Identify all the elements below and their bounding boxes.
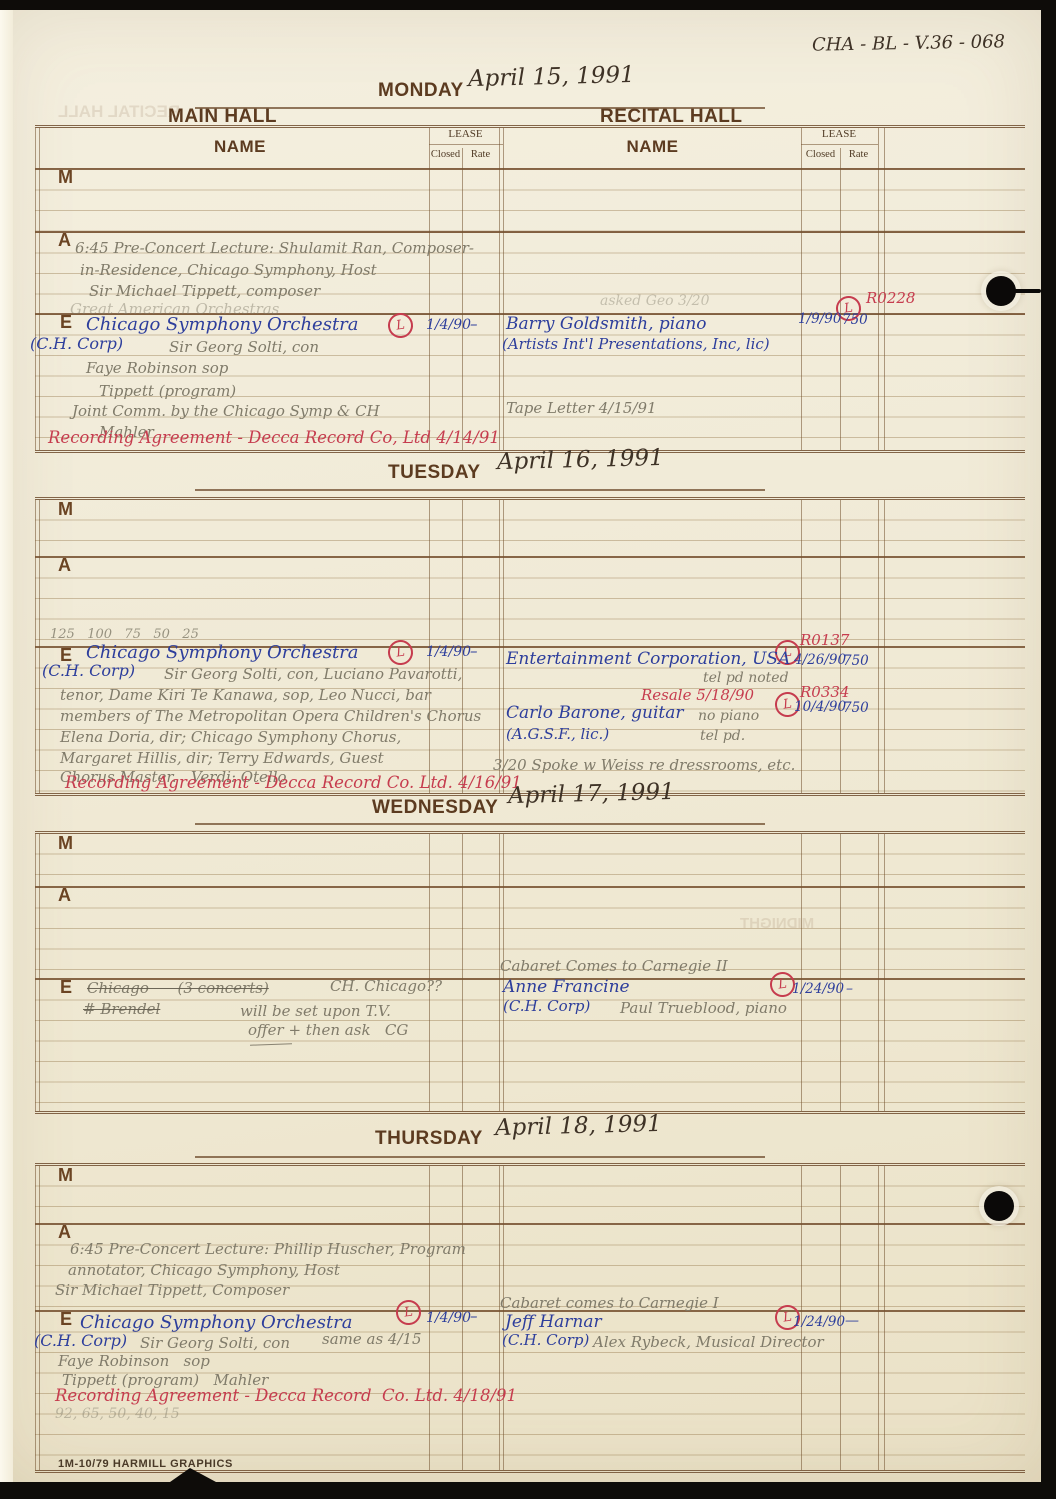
pencil-note: Faye Robinson sop (58, 1353, 210, 1370)
vline (878, 500, 879, 793)
recording-agreement-note: Recording Agreement - Decca Record Co. L… (65, 774, 522, 793)
pencil-note: asked Geo 3/20 (600, 293, 710, 309)
pencil-note: Faye Robinson sop (86, 360, 228, 377)
vline (462, 148, 463, 450)
pencil-note: Sir Georg Solti, con (140, 1335, 290, 1352)
vline (503, 128, 504, 450)
vline (503, 500, 504, 793)
day-date-handwritten: April 16, 1991 (497, 445, 664, 476)
booking-corp: (C.H. Corp) (42, 662, 135, 680)
row-label-m: M (58, 833, 73, 854)
band-morning (35, 168, 1025, 233)
day-name: WEDNESDAY (372, 797, 498, 819)
vline (801, 128, 802, 450)
lease-number: R0228 (866, 290, 915, 307)
band-morning (35, 834, 1025, 886)
pencil-note: will be set upon T.V. (240, 1003, 391, 1020)
lease-rate-value: – (470, 643, 478, 660)
printer-imprint: 1M-10/79 HARMILL GRAPHICS (58, 1458, 233, 1470)
lease-closed-value: 1/9/90 (798, 312, 841, 328)
hole-punch (984, 1191, 1014, 1221)
pencil-note: Sir Michael Tippett, composer (89, 283, 320, 300)
pencil-note: tel pd noted (703, 670, 789, 686)
lease-rate-value: – (470, 1308, 478, 1325)
pencil-note: Tape Letter 4/15/91 (506, 400, 657, 417)
pencil-note: in-Residence, Chicago Symphony, Host (80, 262, 377, 279)
page-edge-highlight (0, 10, 13, 1482)
pencil-note: Sir Georg Solti, con (169, 339, 319, 356)
pencil-note: Sir Michael Tippett, Composer (55, 1282, 289, 1299)
booking-name: Entertainment Corporation, USA (506, 650, 790, 670)
vline (801, 834, 802, 1111)
pencil-note: 6:45 Pre-Concert Lecture: Shulamit Ran, … (75, 240, 474, 257)
vline (499, 128, 500, 450)
row-label-m: M (58, 499, 73, 520)
pencil-note: Sir Georg Solti, con, Luciano Pavarotti, (164, 666, 462, 683)
lease-number: R0137 (800, 632, 849, 649)
hole-punch (986, 276, 1016, 306)
pencil-note: tenor, Dame Kiri Te Kanawa, sop, Leo Nuc… (60, 687, 431, 704)
pencil-note: same as 4/15 (322, 1331, 422, 1348)
lease-closed-value: 1/4/90 (426, 1310, 471, 1326)
vline (878, 834, 879, 1111)
resale-note: Resale 5/18/90 (641, 687, 754, 704)
recording-agreement-note: Recording Agreement - Decca Record Co. L… (55, 1387, 517, 1406)
day-date-handwritten: April 15, 1991 (468, 62, 635, 93)
vline (499, 1166, 500, 1470)
pencil-note: Paul Trueblood, piano (620, 1000, 787, 1017)
vline (39, 128, 40, 450)
row-label-a: A (58, 885, 71, 906)
pencil-note: offer + then ask CG (248, 1022, 408, 1039)
lease-closed-value: 1/4/90 (426, 317, 471, 333)
day-title-rule (195, 489, 765, 491)
band-morning (35, 1166, 1025, 1223)
booking-name: Carlo Barone, guitar (506, 704, 684, 724)
lease-rate-value: – (846, 981, 853, 997)
row-label-m: M (58, 1165, 73, 1186)
booking-name: Barry Goldsmith, piano (506, 315, 707, 335)
day-date-handwritten: April 18, 1991 (495, 1111, 662, 1142)
row-label-m: M (58, 167, 73, 188)
pencil-note: Alex Rybeck, Musical Director (593, 1334, 824, 1351)
vline (503, 1166, 504, 1470)
struck-pencil-note: Chicago (3 concerts) (87, 980, 269, 997)
ledger-page: CHA - BL - V.36 - 068 MONDAY April 15, 1… (0, 10, 1041, 1482)
day-title-rule (195, 1156, 765, 1158)
lease-rate-value: 750 (843, 701, 869, 717)
row-label-a: A (58, 555, 71, 576)
vline (35, 1166, 36, 1470)
day-name: MONDAY (378, 80, 464, 102)
lease-rate-value: 750 (843, 654, 869, 670)
pencil-note: 125 100 75 50 25 (50, 628, 199, 643)
pencil-note: Cabaret comes to Carnegie I (500, 1295, 719, 1312)
pencil-note: 3/20 Spoke w Weiss re dressrooms, etc. (493, 757, 795, 774)
vline (35, 834, 36, 1111)
pencil-note: CH. Chicago?? (330, 978, 442, 995)
vline (429, 834, 430, 1111)
day-date-handwritten: April 17, 1991 (508, 779, 675, 810)
lease-closed-value: 4/26/90 (794, 653, 846, 669)
row-label-e: E (60, 977, 72, 998)
pencil-note: no piano (698, 708, 759, 724)
vline (462, 834, 463, 1111)
day-name: THURSDAY (375, 1128, 483, 1150)
row-label-a: A (58, 230, 71, 251)
pencil-note: annotator, Chicago Symphony, Host (68, 1262, 340, 1279)
vline (884, 500, 885, 793)
pencil-note: Joint Comm. by the Chicago Symp & CH (72, 403, 380, 420)
struck-pencil-note: # Brendel (83, 1001, 160, 1018)
lease-closed-value: 1/4/90 (426, 644, 471, 660)
booking-corp: (C.H. Corp) (502, 1332, 589, 1349)
vline (840, 834, 841, 1111)
pencil-note: Margaret Hillis, dir; Terry Edwards, Gue… (60, 750, 384, 767)
vline (884, 834, 885, 1111)
vline (878, 1166, 879, 1470)
bleed-through-text: RECITAL HALL (58, 102, 180, 122)
vline (39, 1166, 40, 1470)
page-label: CHA - BL - V.36 - 068 (812, 32, 1005, 56)
lease-closed-value: 10/4/90 (794, 700, 846, 716)
lease-closed-value: 1/24/90 (793, 1315, 845, 1331)
lease-closed-value: 1/24/90 (792, 982, 844, 998)
vline (39, 500, 40, 793)
pencil-note: members of The Metropolitan Opera Childr… (60, 708, 481, 725)
hole-punch-tear (1014, 289, 1041, 293)
lease-rate-value: — (845, 1313, 859, 1329)
booking-corp: (C.H. Corp) (503, 998, 590, 1015)
day-title-rule (195, 823, 765, 825)
booking-name: Anne Francine (503, 978, 630, 998)
lease-rate-value: – (470, 316, 478, 333)
torn-corner (170, 1468, 216, 1482)
pencil-note: 92, 65, 50, 40, 15 (55, 1406, 180, 1422)
vline (884, 1166, 885, 1470)
pencil-note: 6:45 Pre-Concert Lecture: Phillip Husche… (70, 1241, 466, 1258)
pencil-note: Cabaret Comes to Carnegie II (500, 958, 728, 975)
band-morning (35, 500, 1025, 556)
booking-corp: (A.G.S.F., lic.) (506, 726, 609, 743)
vline (39, 834, 40, 1111)
vline (35, 128, 36, 450)
booking-corp: (Artists Int'l Presentations, Inc, lic) (502, 336, 770, 353)
day-name: TUESDAY (388, 462, 481, 484)
vline (499, 500, 500, 793)
booking-name: Jeff Harnar (505, 1313, 602, 1333)
booking-name: Chicago Symphony Orchestra (86, 315, 359, 336)
booking-corp: (C.H. Corp) (34, 1332, 127, 1350)
booking-corp: (C.H. Corp) (30, 335, 123, 353)
pencil-note: Elena Doria, dir; Chicago Symphony Choru… (60, 729, 401, 746)
pencil-note: Tippett (program) (99, 383, 236, 400)
recording-agreement-note: Recording Agreement - Decca Record Co, L… (48, 429, 500, 448)
vline (429, 128, 430, 450)
pencil-note: tel pd. (700, 728, 745, 744)
vline (35, 500, 36, 793)
row-label-e: E (60, 1309, 72, 1330)
lease-rate-value: 750 (842, 313, 868, 329)
scanned-ledger-screenshot: { "page_label": "CHA - BL - V.36 - 068",… (0, 0, 1056, 1499)
